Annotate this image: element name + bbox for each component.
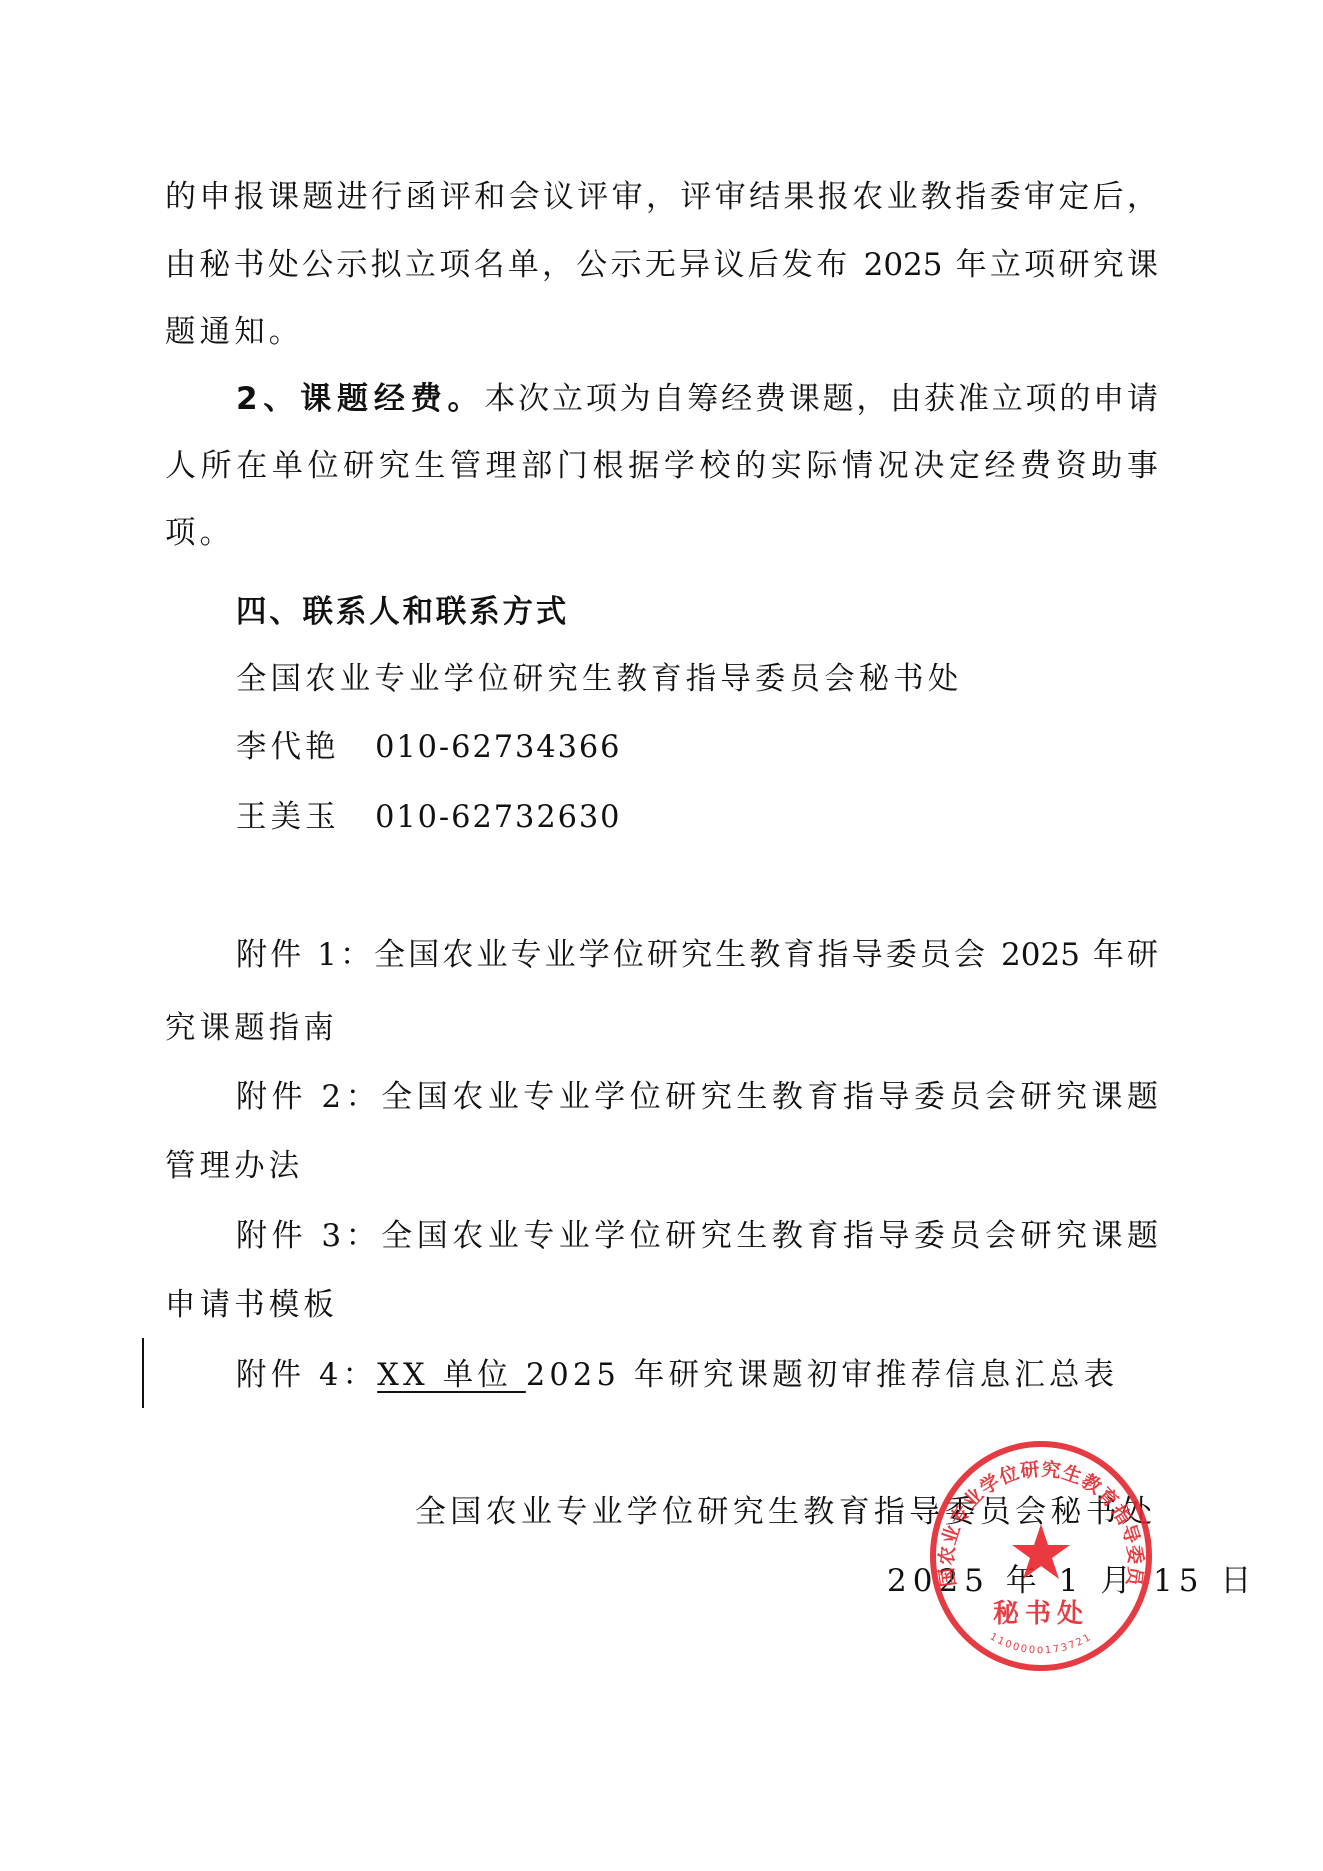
star-icon <box>1012 1524 1070 1579</box>
paragraph-line: 由秘书处公示拟立项名单，公示无异议后发布 2025 年立项研究课 <box>165 245 1158 285</box>
attachment-title: 全国农业专业学位研究生教育指导委员会研究课题 <box>381 1079 1158 1115</box>
funding-paragraph-first-line: 2、课题经费。本次立项为自筹经费课题，由获准立项的申请 <box>236 379 1158 419</box>
attachment-title: 2025 年研究课题初审推荐信息汇总表 <box>526 1357 1118 1393</box>
funding-text: 本次立项为自筹经费课题，由获准立项的申请 <box>484 381 1158 417</box>
attachment-2-continued: 管理办法 <box>165 1146 303 1186</box>
contact-name: 王美玉 <box>236 799 340 835</box>
paragraph-line: 题通知。 <box>165 312 303 352</box>
contact-phone: 010-62734366 <box>375 729 621 765</box>
attachment-label: 附件 2： <box>236 1079 381 1115</box>
contact-phone: 010-62732630 <box>375 799 621 835</box>
attachment-label: 附件 3： <box>236 1218 381 1254</box>
attachment-label: 附件 4： <box>236 1357 377 1393</box>
attachment-2: 附件 2：全国农业专业学位研究生教育指导委员会研究课题 <box>236 1077 1158 1117</box>
paragraph-line: 的申报课题进行函评和会议评审，评审结果报农业教指委审定后， <box>165 177 1158 217</box>
paragraph-line: 项。 <box>165 513 234 553</box>
contact-row: 王美玉010-62732630 <box>236 797 621 837</box>
paragraph-line: 人所在单位研究生管理部门根据学校的实际情况决定经费资助事 <box>165 446 1158 486</box>
change-bar <box>142 1338 144 1408</box>
seal-center-text: 秘书处 <box>993 1599 1089 1629</box>
contact-name: 李代艳 <box>236 729 340 765</box>
contact-row: 李代艳010-62734366 <box>236 727 621 767</box>
funding-label: 2、课题经费。 <box>236 381 484 417</box>
attachment-title: 全国农业专业学位研究生教育指导委员会研究课题 <box>381 1218 1158 1254</box>
attachment-placeholder-unit: XX 单位 <box>377 1357 526 1393</box>
contact-organization: 全国农业专业学位研究生教育指导委员会秘书处 <box>236 659 962 699</box>
attachment-1: 附件 1：全国农业专业学位研究生教育指导委员会 2025 年研 <box>236 935 1158 975</box>
attachment-3-continued: 申请书模板 <box>165 1285 338 1325</box>
official-seal-icon: 全国农业专业学位研究生教育指导委员会 秘书处 1100000173721 <box>927 1440 1155 1672</box>
attachment-title: 全国农业专业学位研究生教育指导委员会 2025 年研 <box>374 937 1158 973</box>
attachment-1-continued: 究课题指南 <box>165 1008 338 1048</box>
attachment-3: 附件 3：全国农业专业学位研究生教育指导委员会研究课题 <box>236 1216 1158 1256</box>
svg-text:1100000173721: 1100000173721 <box>988 1631 1094 1656</box>
section-heading-contacts: 四、联系人和联系方式 <box>236 592 569 632</box>
attachment-label: 附件 1： <box>236 937 374 973</box>
document-page: 的申报课题进行函评和会议评审，评审结果报农业教指委审定后， 由秘书处公示拟立项名… <box>0 0 1323 1871</box>
attachment-4: 附件 4：XX 单位 2025 年研究课题初审推荐信息汇总表 <box>236 1355 1118 1395</box>
